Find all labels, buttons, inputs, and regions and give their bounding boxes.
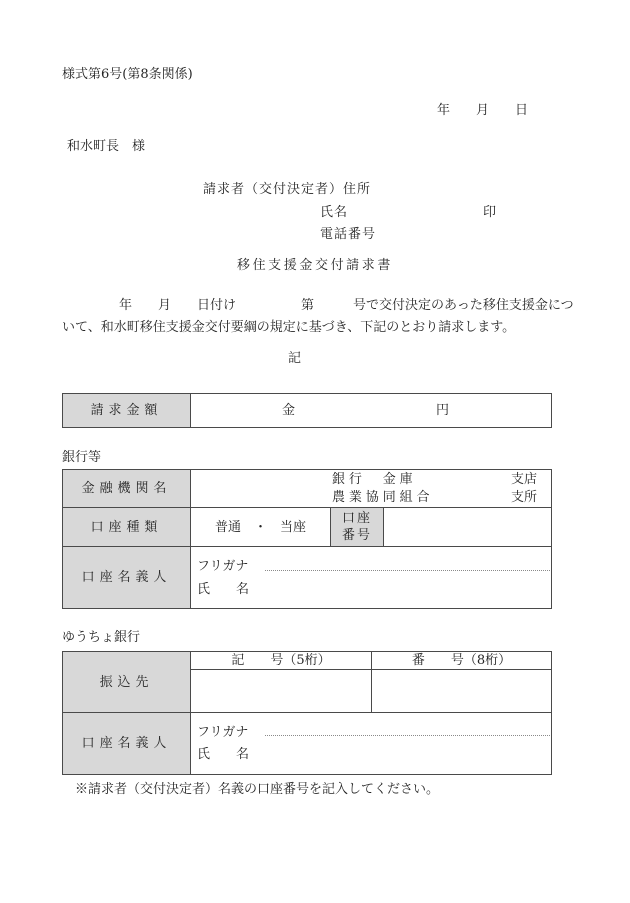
bank-holder-field-cell: フリガナ 氏 名 xyxy=(191,547,551,608)
record-mark: 記 xyxy=(288,351,301,367)
account-type-label-cell: 口座種類 xyxy=(63,508,191,547)
footnote: ※請求者（交付決定者）名義の口座番号を記入してください。 xyxy=(75,782,439,798)
yucho-holder-field-cell: フリガナ 氏 名 xyxy=(191,713,551,774)
number-header-cell: 番 号（8桁） xyxy=(372,652,551,670)
payee-label-cell: 振込先 xyxy=(63,652,191,713)
yucho-name-label: 氏 名 xyxy=(197,747,249,763)
currency-prefix: 金 xyxy=(282,403,295,419)
bank-kinko-text: 銀行 金庫 xyxy=(332,472,417,488)
institution-label-cell: 金融機関名 xyxy=(63,470,191,508)
bank-name-label: 氏 名 xyxy=(197,582,249,598)
number-field-cell xyxy=(372,670,551,713)
amount-table: 請求金額 金 円 xyxy=(62,393,552,428)
document-page: 様式第6号(第8条関係) 年 月 日 和水町長 様 請求者（交付決定者）住所 氏… xyxy=(0,0,630,903)
account-number-mini-label-cell: 口座 番号 xyxy=(331,508,384,547)
amount-field-cell: 金 円 xyxy=(191,394,551,427)
symbol-header-cell: 記 号（5桁） xyxy=(191,652,372,670)
yucho-furigana-label: フリガナ xyxy=(197,725,248,741)
addressee-line: 和水町長 様 xyxy=(67,139,145,155)
bank-holder-label-cell: 口座名義人 xyxy=(63,547,191,608)
branch-text: 支店 xyxy=(511,472,537,488)
account-number-field-cell xyxy=(384,508,551,547)
body-paragraph-line2: いて、和水町移住支援金交付要綱の規定に基づき、下記のとおり請求します。 xyxy=(62,320,515,336)
requester-name-label: 氏名 xyxy=(320,205,348,221)
body-paragraph-line1: 年 月 日付け 第 号で交付決定のあった移住支援金につ xyxy=(119,298,574,314)
bank-table: 金融機関名 銀行 金庫 支店 農業協同組合 支所 口座種類 普通 ・ 当座 口座… xyxy=(62,469,552,609)
institution-field-cell: 銀行 金庫 支店 農業協同組合 支所 xyxy=(191,470,551,508)
form-number: 様式第6号(第8条関係) xyxy=(62,67,193,83)
account-type-options-cell: 普通 ・ 当座 xyxy=(191,508,331,547)
yucho-table: 振込先 口座名義人 記 号（5桁） 番 号（8桁） フリガナ 氏 名 xyxy=(62,651,552,775)
bank-section-heading: 銀行等 xyxy=(62,450,101,466)
currency-suffix: 円 xyxy=(436,403,449,419)
symbol-field-cell xyxy=(191,670,372,713)
requester-address-label: 請求者（交付決定者）住所 xyxy=(203,182,371,198)
account-number-label-line1: 口座 xyxy=(331,510,383,527)
branch-office-text: 支所 xyxy=(511,490,537,506)
seal-mark: 印 xyxy=(483,205,496,221)
date-line: 年 月 日 xyxy=(437,103,528,119)
bank-furigana-label: フリガナ xyxy=(197,559,248,575)
agri-coop-text: 農業協同組合 xyxy=(332,490,433,506)
yucho-furigana-dotted-line xyxy=(265,735,550,736)
bank-furigana-dotted-line xyxy=(265,570,550,571)
requester-phone-label: 電話番号 xyxy=(320,227,376,243)
yucho-holder-label-cell: 口座名義人 xyxy=(63,713,191,774)
document-title: 移住支援金交付請求書 xyxy=(0,254,630,273)
yucho-section-heading: ゆうちょ銀行 xyxy=(62,630,140,646)
amount-label-cell: 請求金額 xyxy=(63,394,191,427)
account-number-label-line2: 番号 xyxy=(331,527,383,544)
